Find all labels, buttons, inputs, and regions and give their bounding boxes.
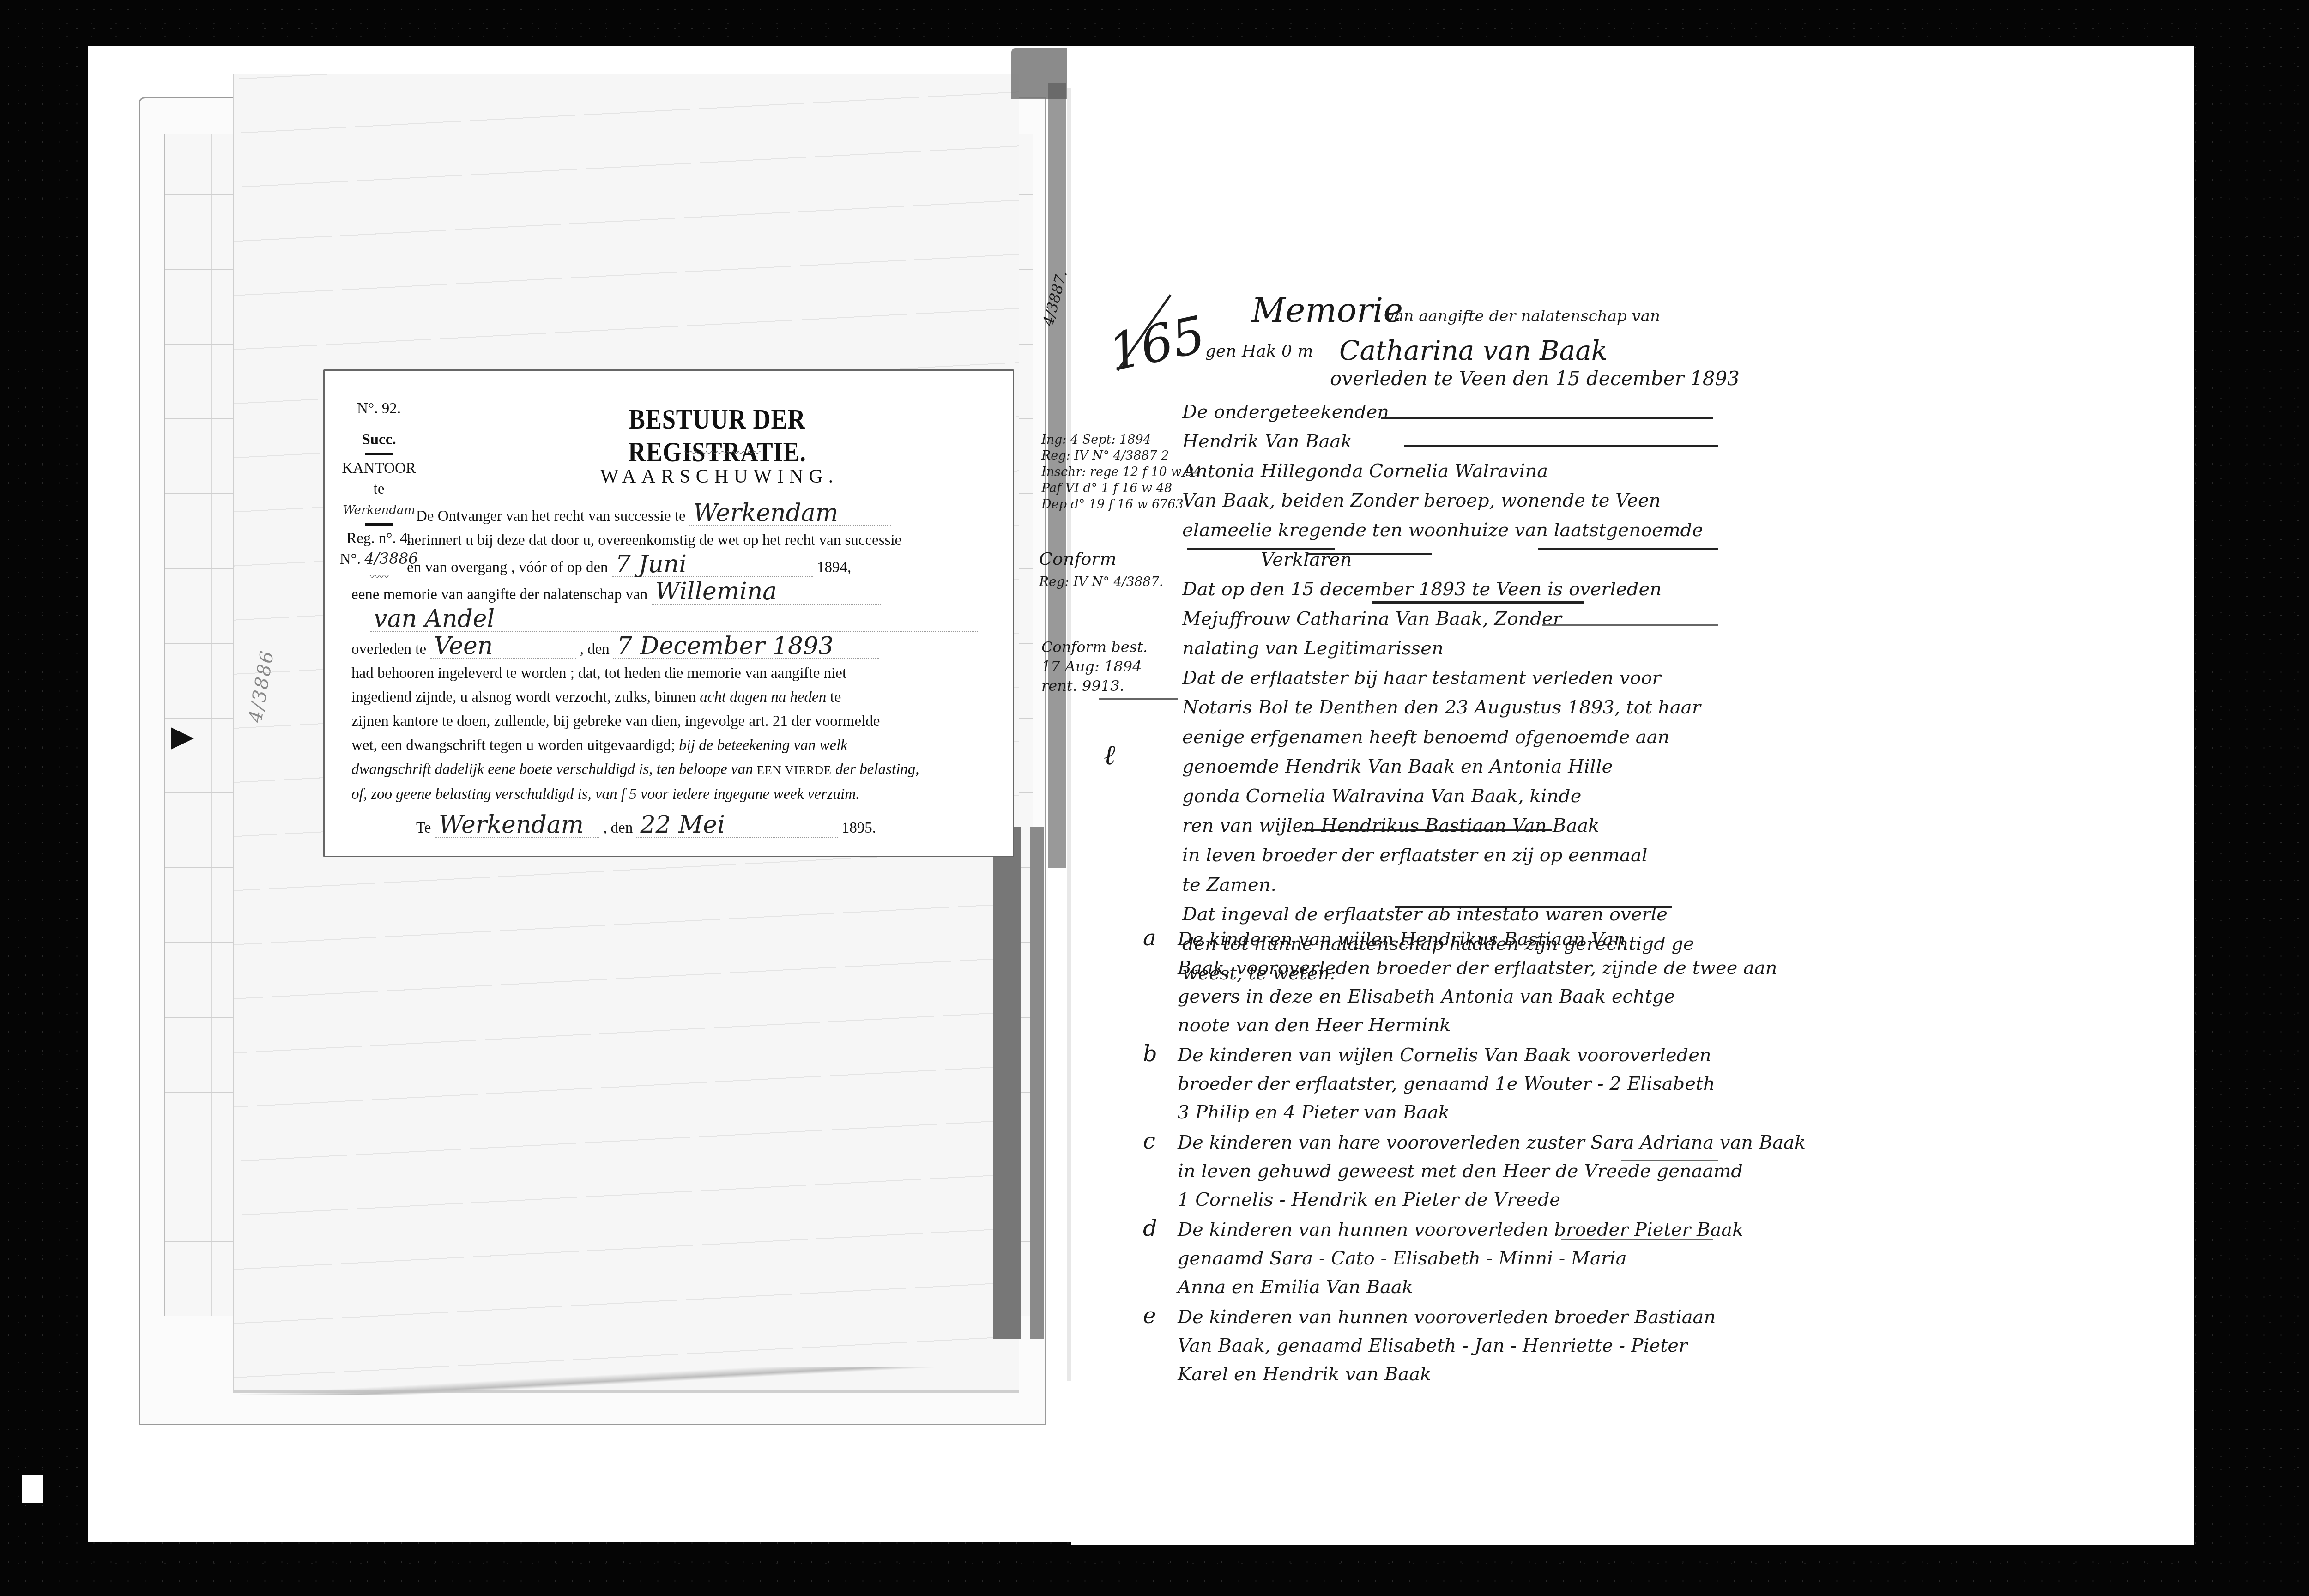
body-line: De ondergeteekenden [1182,397,1727,427]
item-line: 1 Cornelis - Hendrik en Pieter de Vreede [1143,1185,1725,1214]
margin-conform-2: Conform best. 17 Aug: 1894 rent. 9913. [1041,637,1148,695]
heir-item-a: aDe kinderen van wijlen Hendrikus Bastia… [1143,924,1725,1040]
body-line: Van Baak, beiden Zonder beroep, wonende … [1182,486,1727,515]
sign-year: 1895. [842,820,876,836]
body-text: herinnert u bij deze dat door u, overeen… [351,528,1003,552]
margin-rule [1099,698,1178,700]
item-line: De kinderen van hunnen vooroverleden bro… [1178,1219,1743,1240]
memorie-heading: Memorie [1251,291,1403,330]
margin-line: Ing: 4 Sept: 1894 [1041,432,1205,448]
item-line: De kinderen van wijlen Hendrikus Bastiaa… [1178,929,1626,950]
scan-calibration-patch [22,1475,43,1503]
body-line: Notaris Bol te Denthen den 23 Augustus 1… [1182,693,1727,722]
rule [1621,1160,1718,1161]
notice-body: De Ontvanger van het recht van successie… [351,501,1003,840]
rule [1307,553,1432,555]
body-text: had behooren ingeleverd te worden ; dat,… [351,661,1003,685]
body-text-emphasis: acht dagen na heden [700,689,826,706]
body-text: te [830,689,841,706]
fill-deadline: 7 Juni [612,552,813,577]
body-text: en van overgang , vóór of op den [407,559,608,576]
fill-sign-date: 22 Mei [636,813,838,838]
memorie-body: De ondergeteekenden Hendrik Van Baak Ant… [1182,397,1727,988]
fill-deceased-first-name: Willemina [652,580,881,605]
sign-te: Te [416,820,431,836]
item-line: noote van den Heer Hermink [1143,1011,1725,1040]
body-line: Mejuffrouw Catharina Van Baak, Zonder [1182,604,1727,634]
body-line: te Zamen. [1182,870,1727,900]
body-line: Dat de erflaatster bij haar testament ve… [1182,663,1727,693]
body-line: ren van wijlen Hendrikus Bastiaan Van Ba… [1182,811,1727,840]
margin-line: Inschr: rege 12 f 10 w 94. [1041,464,1205,480]
binding-gutter-light [1030,827,1044,1339]
succ-label: Succ. [338,429,419,450]
item-line: De kinderen van wijlen Cornelis Van Baak… [1178,1045,1711,1066]
fill-deceased-surname: van Andel [370,607,978,632]
margin-line: Conform best. [1041,637,1148,657]
item-line: Van Baak, genaamd Elisabeth - Jan - Henr… [1143,1331,1725,1360]
margin-line: 17 Aug: 1894 [1041,657,1148,676]
item-line: Baak, vooroverleden broeder der erflaats… [1143,954,1725,982]
body-line: gonda Cornelia Walravina Van Baak, kinde [1182,781,1727,811]
fill-office-place: Werkendam [689,501,891,526]
item-line: De kinderen van hunnen vooroverleden bro… [1178,1306,1716,1328]
title-ornament: 〰〰〰〰〰〰〰 [583,444,860,461]
body-line: in leven broeder der erflaatster en zij … [1182,840,1727,870]
memorie-heading-rest: van aangifte der nalatenschap van [1385,307,1660,326]
heir-item-b: bDe kinderen van wijlen Cornelis Van Baa… [1143,1040,1725,1127]
item-line: genaamd Sara - Cato - Elisabeth - Minni … [1143,1244,1725,1273]
body-text-emphasis: of, zoo geene belasting verschuldigd is,… [351,786,859,803]
rule [1538,548,1718,550]
binding-gutter-dark [993,827,1021,1339]
body-line: elameelie kregende ten woonhuize van laa… [1182,515,1727,545]
item-line: in leven gehuwd geweest met den Heer de … [1143,1157,1725,1185]
body-line: Dat op den 15 december 1893 te Veen is o… [1182,574,1727,604]
side-note: gen Hak 0 m [1205,342,1313,361]
body-text: overleden te [351,641,426,658]
body-text-emphasis: bij de beteekening van welk [679,737,847,754]
margin-line: Reg: IV N° 4/3887 2 [1041,448,1205,464]
heirs-list: aDe kinderen van wijlen Hendrikus Bastia… [1143,924,1725,1389]
heir-item-e: eDe kinderen van hunnen vooroverleden br… [1143,1301,1725,1389]
item-line: gevers in deze en Elisabeth Antonia van … [1143,982,1725,1011]
divider [365,453,393,455]
rule [1404,445,1718,447]
rule [1561,1239,1713,1240]
rule [1302,829,1552,831]
item-line: 3 Philip en 4 Pieter van Baak [1143,1098,1725,1127]
deceased-name: Catharina van Baak [1339,335,1608,366]
item-letter: d [1143,1214,1178,1243]
name-underline [1372,601,1584,604]
margin-line: Conform [1039,547,1163,570]
body-line: Antonia Hillegonda Cornelia Walravina [1182,456,1727,486]
heir-item-d: dDe kinderen van hunnen vooroverleden br… [1143,1214,1725,1301]
item-letter: b [1143,1040,1178,1068]
body-line: genoemde Hendrik Van Baak en Antonia Hil… [1182,752,1727,781]
fill-death-place: Veen [430,634,576,659]
page-edge-shadow [240,1367,997,1395]
body-text-emphasis: dwangschrift dadelijk eene boete verschu… [351,761,753,778]
rule [1381,417,1713,419]
margin-line: Dep d° 19 f 16 w 6763 [1041,496,1205,513]
body-line: nalating van Legitimarissen [1182,634,1727,663]
item-letter: a [1143,924,1178,952]
margin-conform-1: Conform Reg: IV N° 4/3887. [1039,547,1163,593]
heir-item-c: cDe kinderen van hare vooroverleden zust… [1143,1127,1725,1214]
rule [1187,548,1335,550]
kantoor-label: KANTOOR [338,458,419,479]
body-text-emphasis: der belasting, [835,761,919,778]
body-text: ingediend zijnde, u alsnog wordt verzoch… [351,689,696,706]
item-letter: e [1143,1301,1178,1330]
notice-subtitle: WAARSCHUWING. [519,465,920,488]
margin-line: Paf VI d° 1 f 16 w 48 [1041,480,1205,496]
body-line: Hendrik Van Baak [1182,427,1727,456]
body-text: zijnen kantore te doen, zullende, bij ge… [351,709,1003,733]
body-line: eenige erfgenamen heeft benoemd ofgenoem… [1182,722,1727,752]
margin-flourish: ℓ [1104,739,1115,771]
kantoor-te: te [374,481,385,497]
item-line: broeder der erflaatster, genaamd 1e Wout… [1143,1070,1725,1098]
body-text: , den [580,641,610,658]
sign-den: , den [603,820,633,836]
item-letter: c [1143,1127,1178,1155]
item-line: Anna en Emilia Van Baak [1143,1273,1725,1301]
margin-registration-note: Ing: 4 Sept: 1894 Reg: IV N° 4/3887 2 In… [1041,432,1205,513]
body-text-caps: EEN VIERDE [757,763,832,777]
fill-death-date: 7 December 1893 [613,634,879,659]
item-line: Karel en Hendrik van Baak [1143,1360,1725,1389]
fill-sign-place: Werkendam [435,813,599,838]
margin-line: Reg: IV N° 4/3887. [1039,570,1163,593]
body-text: wet, een dwangschrift tegen u worden uit… [351,737,675,754]
notice-number: N°. 92. [338,399,419,419]
rule [1542,624,1718,626]
rule [1395,906,1672,908]
waarschuwing-notice-card: N°. 92. Succ. KANTOOR te Werkendam Reg. … [323,369,1014,857]
body-text: De Ontvanger van het recht van successie… [416,508,686,525]
memorie-death-line: overleden te Veen den 15 december 1893 [1330,367,1740,390]
body-text: eene memorie van aangifte der nalatensch… [351,586,647,603]
deadline-year: 1894, [817,559,851,576]
bookmark-tab-icon [171,727,194,750]
margin-line: rent. 9913. [1041,676,1148,695]
item-line: De kinderen van hare vooroverleden zuste… [1178,1132,1806,1153]
